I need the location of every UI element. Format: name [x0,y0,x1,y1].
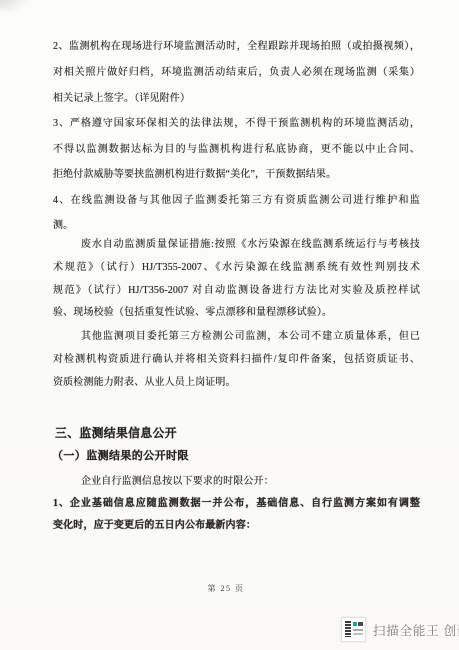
scan-corner-shade [0,0,30,14]
body-line: 对检测机构资质进行确认并将相关资料扫描件/复印件备案，包括资质证书、 [53,353,420,366]
body-line: 拒绝付款威胁等要挟监测机构进行数据“美化”，干预数据结果。 [53,168,336,181]
barcode-glyph [345,621,351,637]
body-line: 术规范》（试行）HJ/T355-2007、《水污染源在线监测系统有效性判别技术 [53,261,420,274]
body-line: 其他监测项目委托第三方检测公司监测，本公司不建立质量体系，但已 [81,330,420,343]
section-heading: 三、监测结果信息公开 [55,427,177,440]
body-line: 4、在线监测设备与其他因子监测委托第三方有资质监测公司进行维护和监 [53,194,420,207]
body-line: 变化时，应于变更后的五日内公布最新内容： [53,519,256,532]
body-line: 不得以监测数据达标为目的与监测机构进行私底协商，更不能以中止合同、 [53,143,420,156]
body-line: 对相关照片做好归档，环境监测活动结束后，负责人必须在现场监测（采集） [53,66,420,79]
scanned-document-page: 2、监测机构在现场进行环境监测活动时，全程跟踪并现场拍照（或拍摄视频）， 对相关… [0,0,459,650]
body-line: 企业自行监测信息按以下要求的时限公开： [81,475,274,488]
subsection-heading: （一）监测结果的公开时限 [52,450,189,463]
page-number: 第 25 页 [0,583,452,594]
camscanner-watermark: 扫描全能王 创建 [341,617,459,642]
camscanner-logo-icon [341,617,366,642]
logo-accent-square [353,622,357,626]
body-line: 测。 [53,219,73,232]
body-line: 规范》（试行）HJ/T356-2007 对自动监测设备进行方法比对实验及质控样试 [53,284,420,297]
body-line: 1、企业基础信息应随监测数据一并公布，基础信息、自行监测方案如有调整 [53,497,420,510]
body-line: 相关记录上签字。（详见附件） [53,92,190,105]
logo-text-block [358,622,363,626]
body-line: 3、严格遵守国家环保相关的法律法规，不得干预监测机构的环境监测活动， [53,117,420,130]
body-line: 废水自动监测质量保证措施:按照《水污染源在线监测系统运行与考核技 [81,238,420,251]
body-line: 2、监测机构在现场进行环境监测活动时，全程跟踪并现场拍照（或拍摄视频）， [53,40,420,53]
watermark-label: 扫描全能王 创建 [373,621,459,639]
body-line: 验、现场校验（包括重复性试验、零点漂移和量程漂移试验）。 [53,306,332,319]
logo-text-lines [353,629,363,631]
body-line: 资质检测能力附表、从业人员上岗证明。 [53,376,236,389]
